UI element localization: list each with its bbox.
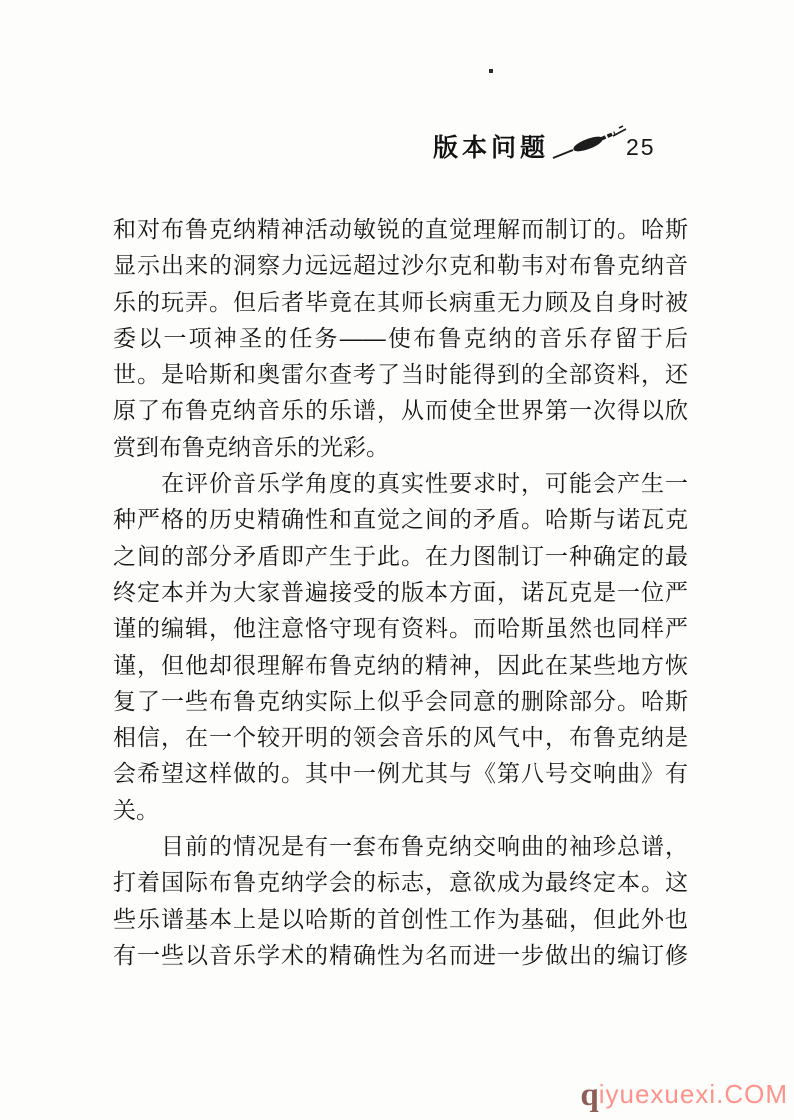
text-line: 在评价音乐学角度的真实性要求时，可能会产生一 (113, 465, 688, 501)
text-line: 委以一项神圣的任务——使布鲁克纳的音乐存留于后 (113, 320, 688, 356)
running-head-title: 版本问题 (433, 128, 549, 164)
text-line: 复了一些布鲁克纳实际上似乎会同意的删除部分。哈斯 (113, 683, 688, 719)
text-line: 乐的玩弄。但后者毕竟在其师长病重无力顾及自身时被 (113, 284, 688, 320)
text-line: 世。是哈斯和奥雷尔查考了当时能得到的全部资料，还 (113, 356, 688, 392)
body-text: 和对布鲁克纳精神活动敏锐的直觉理解而制订的。哈斯 显示出来的洞察力远远超过沙尔克… (113, 211, 688, 973)
site-watermark: qiyuexuexi.COM (580, 1079, 788, 1114)
text-line: 相信，在一个较开明的领会音乐的风气中，布鲁克纳是 (113, 719, 688, 755)
text-line: 关。 (113, 792, 688, 828)
text-line: 终定本并为大家普遍接受的版本方面，诺瓦克是一位严 (113, 574, 688, 610)
scan-speck (489, 69, 493, 73)
watermark-prefix: q (580, 1077, 598, 1113)
text-line: 和对布鲁克纳精神活动敏锐的直觉理解而制订的。哈斯 (113, 211, 688, 247)
text-line: 之间的部分矛盾即产生于此。在力图制订一种确定的最 (113, 538, 688, 574)
text-line: 谨的编辑，他注意恪守现有资料。而哈斯虽然也同样严 (113, 610, 688, 646)
pen-stroke-icon (549, 121, 634, 163)
page-number: 25 (626, 134, 656, 161)
text-line: 显示出来的洞察力远远超过沙尔克和勒韦对布鲁克纳音 (113, 247, 688, 283)
text-line: 原了布鲁克纳音乐的乐谱，从而使全世界第一次得以欣 (113, 392, 688, 428)
scanned-book-page: 版本问题 25 和对布鲁克纳精神活动敏锐的直觉理解而制订的。哈斯 显示出来的洞察… (0, 0, 794, 1120)
text-line: 打着国际布鲁克纳学会的标志，意欲成为最终定本。这 (113, 864, 688, 900)
text-line: 会希望这样做的。其中一例尤其与《第八号交响曲》有 (113, 755, 688, 791)
text-line: 谨，但他却很理解布鲁克纳的精神，因此在某些地方恢 (113, 647, 688, 683)
watermark-text: iyuexuexi.COM (599, 1079, 788, 1109)
text-line: 种严格的历史精确性和直觉之间的矛盾。哈斯与诺瓦克 (113, 501, 688, 537)
text-line: 目前的情况是有一套布鲁克纳交响曲的袖珍总谱， (113, 828, 688, 864)
text-line: 些乐谱基本上是以哈斯的首创性工作为基础，但此外也 (113, 901, 688, 937)
text-line: 有一些以音乐学术的精确性为名而进一步做出的编订修 (113, 937, 688, 973)
text-line: 赏到布鲁克纳音乐的光彩。 (113, 429, 688, 465)
